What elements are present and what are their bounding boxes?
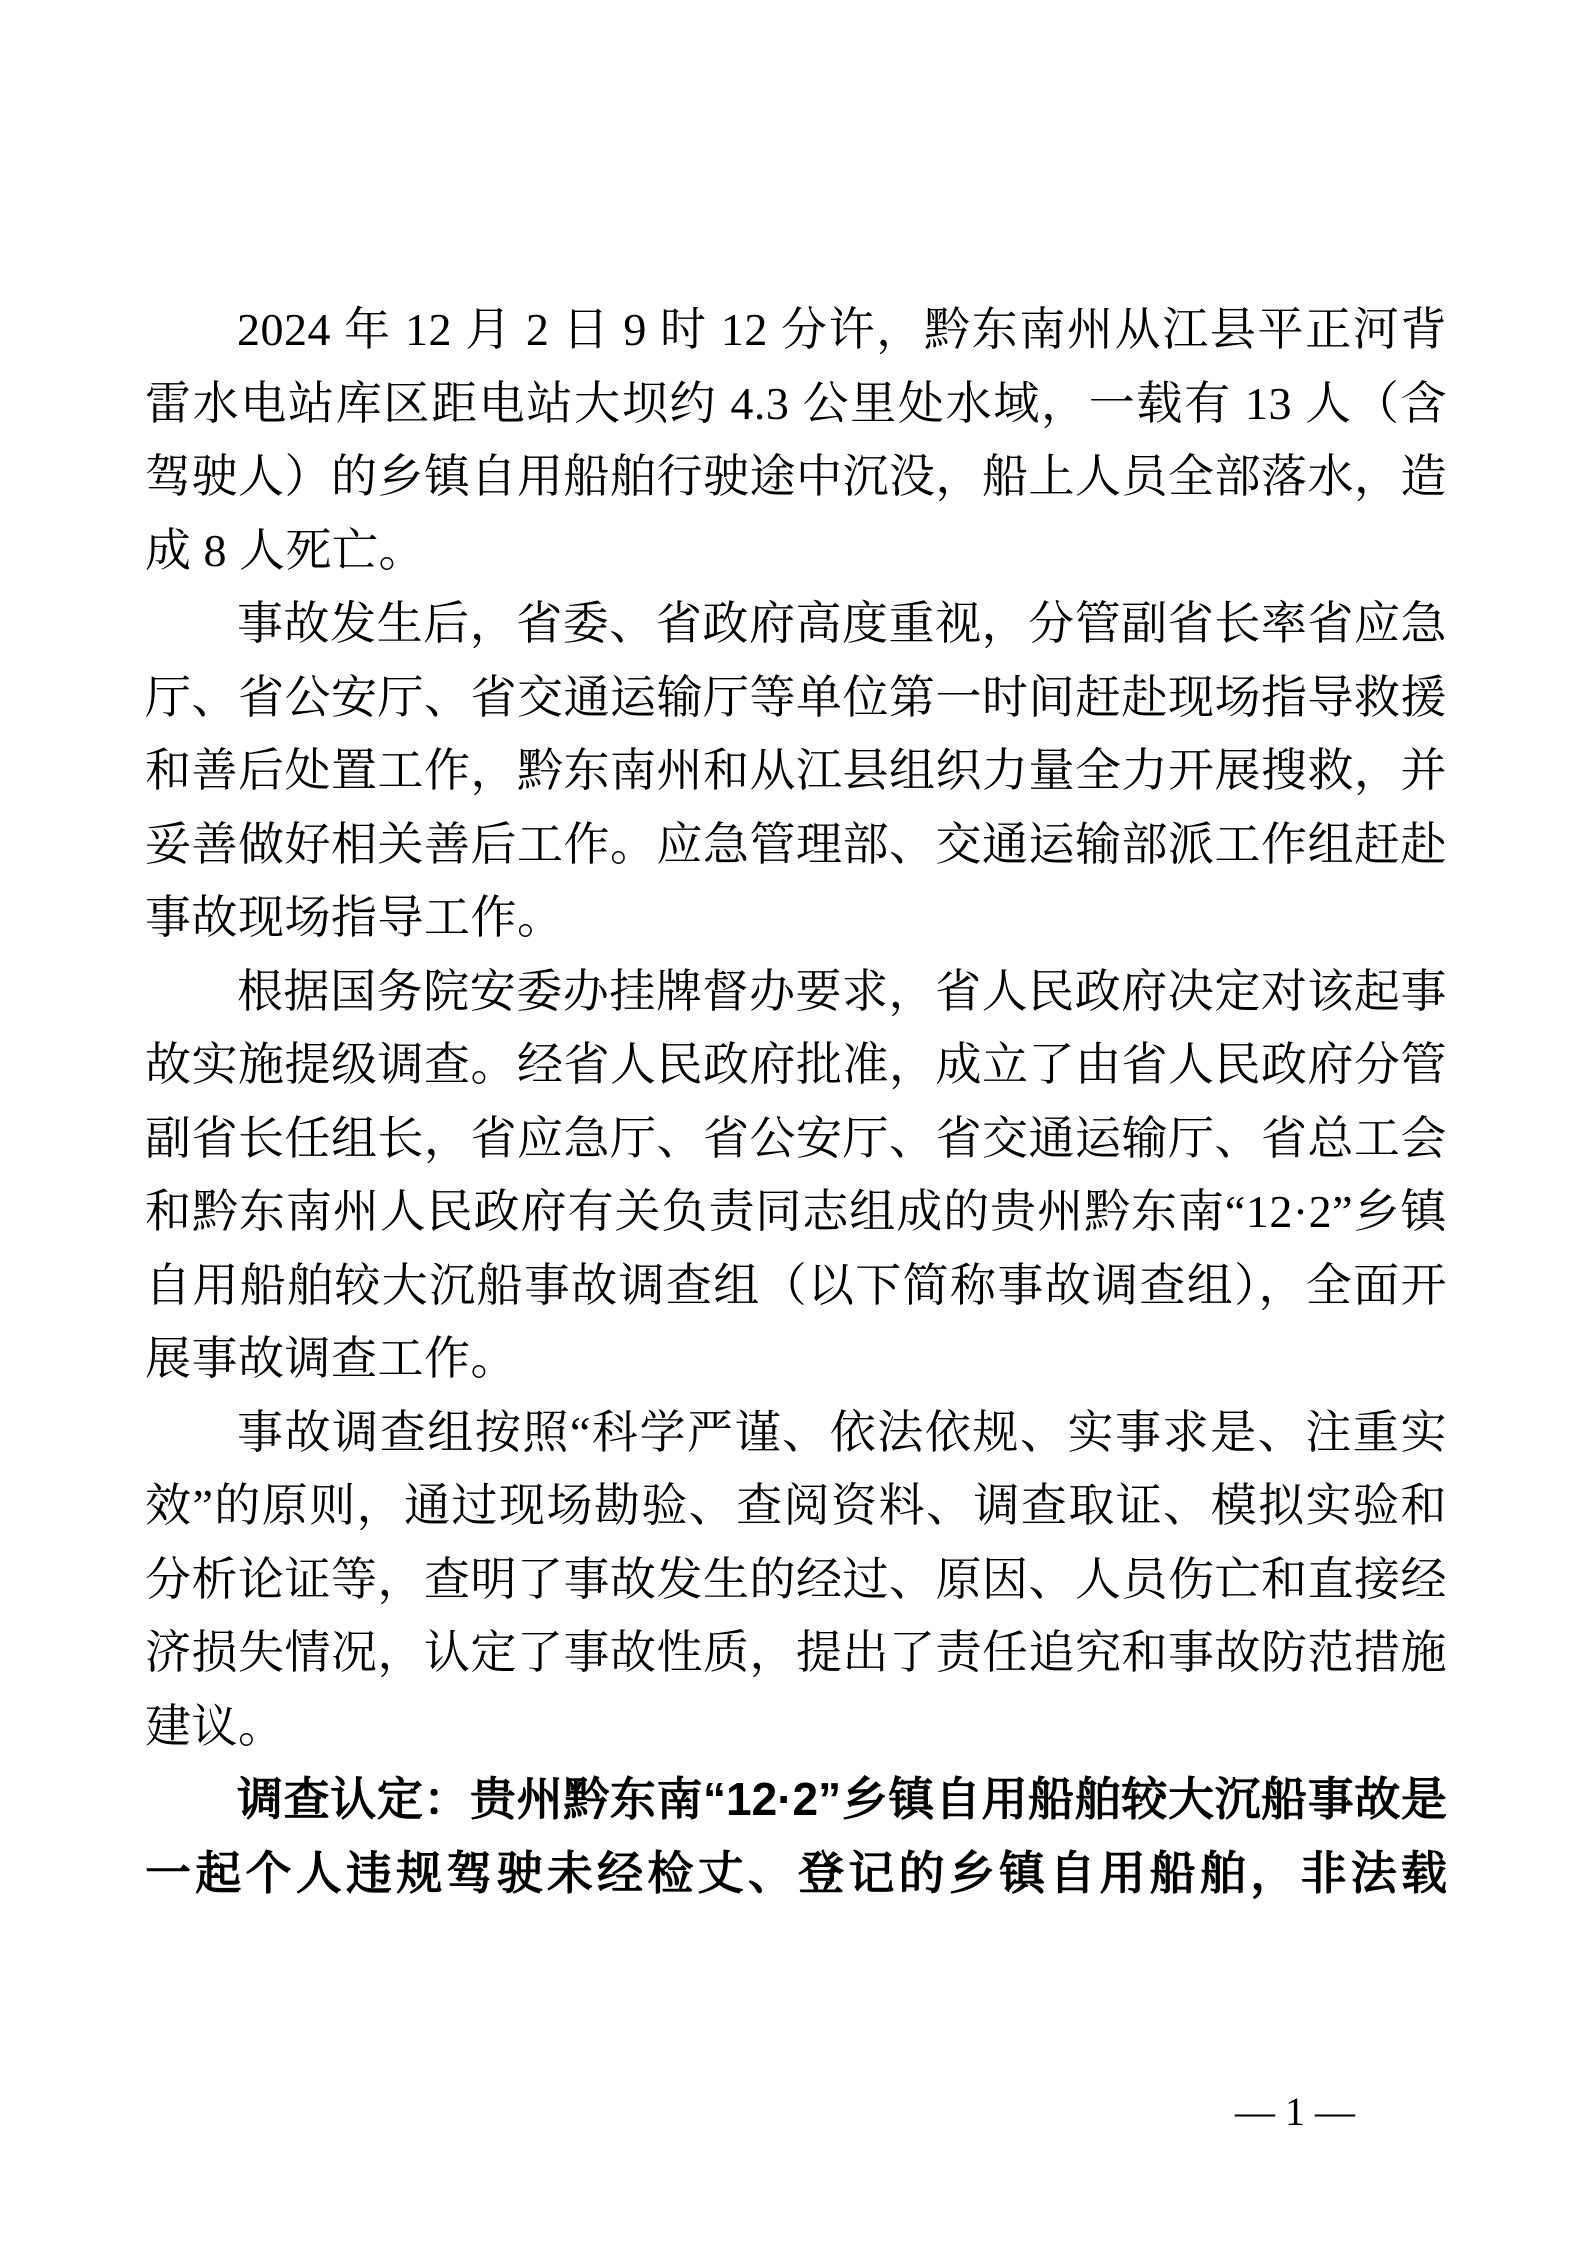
body-paragraph-3: 根据国务院安委办挂牌督办要求，省人民政府决定对该起事故实施提级调查。经省人民政府…: [145, 955, 1447, 1396]
page-number: — 1 —: [1235, 2088, 1355, 2136]
body-paragraph-finding: 调查认定：贵州黔东南“12·2”乡镇自用船舶较大沉船事故是一起个人违规驾驶未经检…: [145, 1763, 1447, 1910]
body-paragraph-1: 2024 年 12 月 2 日 9 时 12 分许，黔东南州从江县平正河背雷水电…: [145, 293, 1447, 587]
body-paragraph-4: 事故调查组按照“科学严谨、依法依规、实事求是、注重实效”的原则，通过现场勘验、查…: [145, 1396, 1447, 1764]
document-body: 2024 年 12 月 2 日 9 时 12 分许，黔东南州从江县平正河背雷水电…: [145, 293, 1447, 1910]
body-paragraph-2: 事故发生后，省委、省政府高度重视，分管副省长率省应急厅、省公安厅、省交通运输厅等…: [145, 587, 1447, 955]
document-page: 2024 年 12 月 2 日 9 时 12 分许，黔东南州从江县平正河背雷水电…: [0, 0, 1587, 2245]
